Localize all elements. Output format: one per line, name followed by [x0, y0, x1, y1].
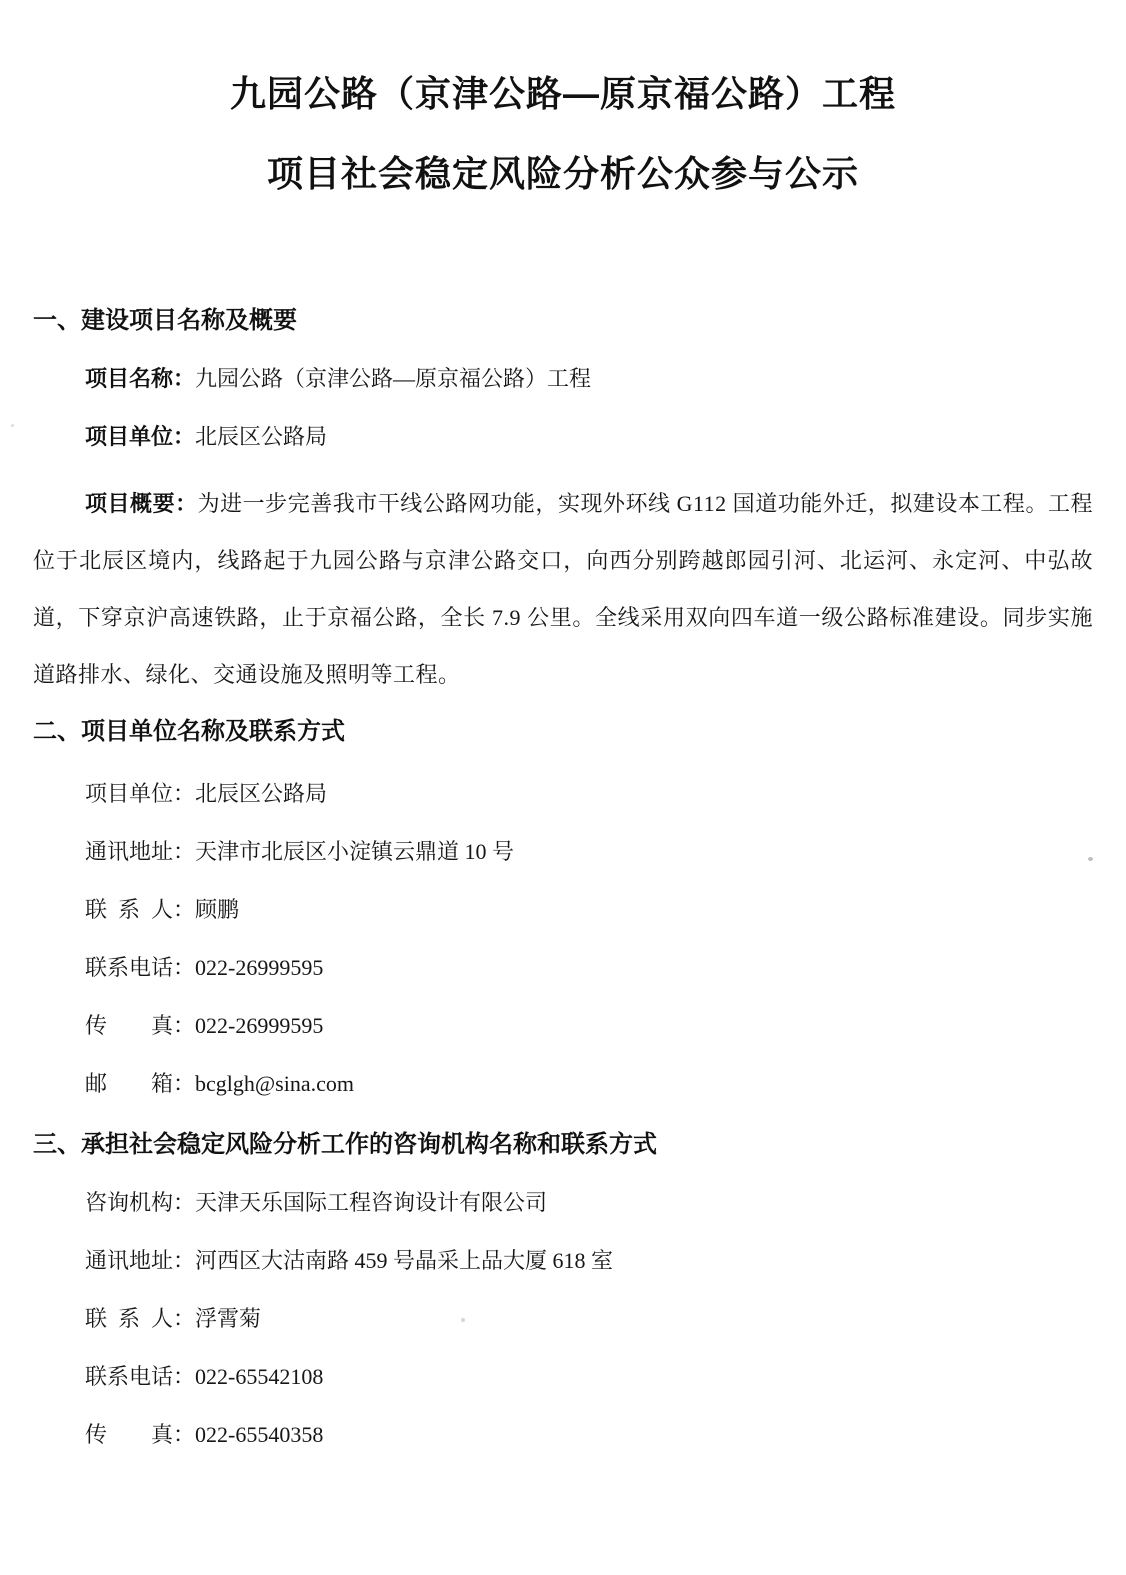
field-project-name: 项目名称：九园公路（京津公路—原京福公路）工程 [33, 350, 1093, 408]
project-summary-label: 项目概要： [85, 491, 198, 516]
document-title-line1: 九园公路（京津公路—原京福公路）工程 [33, 0, 1093, 116]
field-value: 浮霄菊 [195, 1306, 261, 1331]
field-label: 传 真： [85, 1013, 195, 1038]
field-value: 022-65540358 [195, 1422, 323, 1447]
scan-speck [461, 1318, 465, 1322]
field-project-unit: 项目单位：北辰区公路局 [33, 408, 1093, 466]
field-label: 项目单位： [85, 781, 195, 806]
field-value: 022-26999595 [195, 955, 323, 980]
section3-heading: 三、承担社会稳定风险分析工作的咨询机构名称和联系方式 [33, 1116, 1093, 1174]
field-phone: 联系电话：022-26999595 [33, 939, 1093, 997]
scan-speck [1088, 857, 1093, 861]
project-summary-text: 为进一步完善我市干线公路网功能，实现外环线 G112 国道功能外迁，拟建设本工程… [33, 491, 1093, 687]
field-label: 联系电话： [85, 955, 195, 980]
field-value: 北辰区公路局 [195, 424, 327, 449]
field-value: 九园公路（京津公路—原京福公路）工程 [195, 366, 591, 391]
field-label: 联 系 人： [85, 897, 195, 922]
field-fax: 传 真：022-65540358 [33, 1406, 1093, 1464]
document-title-line2: 项目社会稳定风险分析公众参与公示 [33, 116, 1093, 196]
project-summary-paragraph: 项目概要：为进一步完善我市干线公路网功能，实现外环线 G112 国道功能外迁，拟… [33, 475, 1093, 703]
field-address: 通讯地址：天津市北辰区小淀镇云鼎道 10 号 [33, 823, 1093, 881]
field-label: 项目名称： [85, 366, 195, 391]
field-label: 咨询机构： [85, 1190, 195, 1215]
field-value: 顾鹏 [195, 897, 239, 922]
field-contact-person: 联 系 人：顾鹏 [33, 881, 1093, 939]
field-label: 项目单位： [85, 424, 195, 449]
field-label: 通讯地址： [85, 839, 195, 864]
field-value: 天津天乐国际工程咨询设计有限公司 [195, 1190, 547, 1215]
field-contact-person: 联 系 人：浮霄菊 [33, 1290, 1093, 1348]
field-address: 通讯地址：河西区大沽南路 459 号晶采上品大厦 618 室 [33, 1232, 1093, 1290]
section2-heading: 二、项目单位名称及联系方式 [33, 703, 1093, 761]
field-label: 联系电话： [85, 1364, 195, 1389]
field-label: 传 真： [85, 1422, 195, 1447]
field-label: 联 系 人： [85, 1306, 195, 1331]
field-consulting-org: 咨询机构：天津天乐国际工程咨询设计有限公司 [33, 1174, 1093, 1232]
field-value: 北辰区公路局 [195, 781, 327, 806]
field-email: 邮 箱：bcglgh@sina.com [33, 1055, 1093, 1113]
scanned-document-page: 九园公路（京津公路—原京福公路）工程 项目社会稳定风险分析公众参与公示 一、建设… [0, 0, 1126, 1575]
field-value: bcglgh@sina.com [195, 1071, 354, 1096]
field-label: 邮 箱： [85, 1071, 195, 1096]
field-value: 022-65542108 [195, 1364, 323, 1389]
field-label: 通讯地址： [85, 1248, 195, 1273]
field-value: 河西区大沽南路 459 号晶采上品大厦 618 室 [195, 1248, 613, 1273]
field-phone: 联系电话：022-65542108 [33, 1348, 1093, 1406]
field-unit: 项目单位：北辰区公路局 [33, 765, 1093, 823]
field-fax: 传 真：022-26999595 [33, 997, 1093, 1055]
field-value: 022-26999595 [195, 1013, 323, 1038]
field-value: 天津市北辰区小淀镇云鼎道 10 号 [195, 839, 514, 864]
scan-speck [11, 424, 14, 427]
section1-heading: 一、建设项目名称及概要 [33, 292, 1093, 350]
